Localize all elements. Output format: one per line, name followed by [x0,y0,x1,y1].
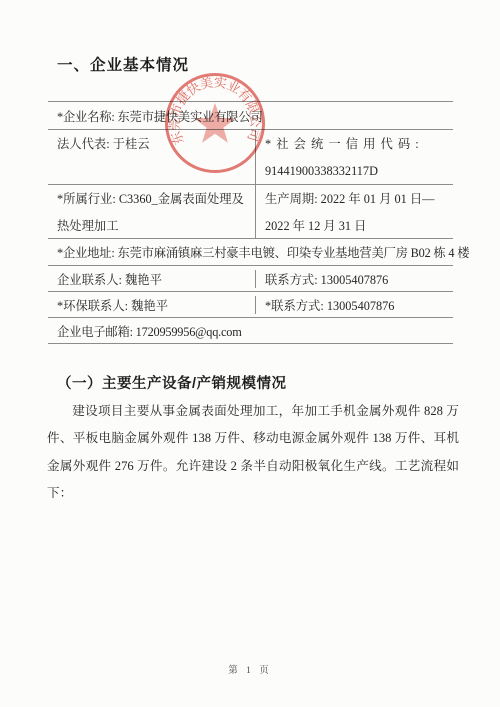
row-address: *企业地址: 东莞市麻涌镇麻三村豪丰电镀、印染专业基地营美厂房 B02 栋 4 … [48,238,453,265]
credit-code-value: 91441900338332117D [265,158,453,185]
heading-production-equipment: （一）主要生产设备/产销规模情况 [57,372,287,393]
env-contact-phone-cell: *联系方式: 13005407876 [255,296,453,314]
row-email: 企业电子邮箱: 1720959956@qq.com [48,317,453,343]
env-contact-person-cell: *环保联系人: 魏艳平 [48,296,255,314]
credit-code-label: * 社 会 统 一 信 用 代 码 : [265,131,453,158]
company-info-table: *企业名称: 东莞市捷快美实业有限公司 法人代表: 于桂云 * 社 会 统 一 … [48,101,453,344]
address-cell: *企业地址: 东莞市麻涌镇麻三村豪丰电镀、印染专业基地营美厂房 B02 栋 4 … [48,243,469,261]
page-number: 第 1 页 [0,662,500,676]
production-period-cell: 生产周期: 2022 年 01 月 01 日—2022 年 12 月 31 日 [255,185,453,238]
row-enterprise-name: *企业名称: 东莞市捷快美实业有限公司 [48,101,453,129]
row-legal-rep-credit-code: 法人代表: 于桂云 * 社 会 统 一 信 用 代 码 : 9144190033… [48,129,453,184]
enterprise-name-cell: *企业名称: 东莞市捷快美实业有限公司 [48,107,263,125]
contact-phone-cell: 联系方式: 13005407876 [255,270,453,288]
legal-rep-cell: 法人代表: 于桂云 [48,130,255,184]
row-contact: 企业联系人: 魏艳平 联系方式: 13005407876 [48,265,453,291]
document-page: 一、企业基本情况 *企业名称: 东莞市捷快美实业有限公司 法人代表: 于桂云 *… [0,0,500,707]
email-cell: 企业电子邮箱: 1720959956@qq.com [48,322,242,340]
heading-basic-info: 一、企业基本情况 [57,53,189,75]
row-industry-period: *所属行业: C3360_金属表面处理及热处理加工 生产周期: 2022 年 0… [48,184,453,238]
production-paragraph: 建设项目主要从事金属表面处理加工，年加工手机金属外观件 828 万件、平板电脑金… [47,398,459,508]
row-env-contact: *环保联系人: 魏艳平 *联系方式: 13005407876 [48,291,453,317]
credit-code-cell: * 社 会 统 一 信 用 代 码 : 91441900338332117D [255,130,453,184]
contact-person-cell: 企业联系人: 魏艳平 [48,270,255,288]
industry-cell: *所属行业: C3360_金属表面处理及热处理加工 [48,185,255,238]
